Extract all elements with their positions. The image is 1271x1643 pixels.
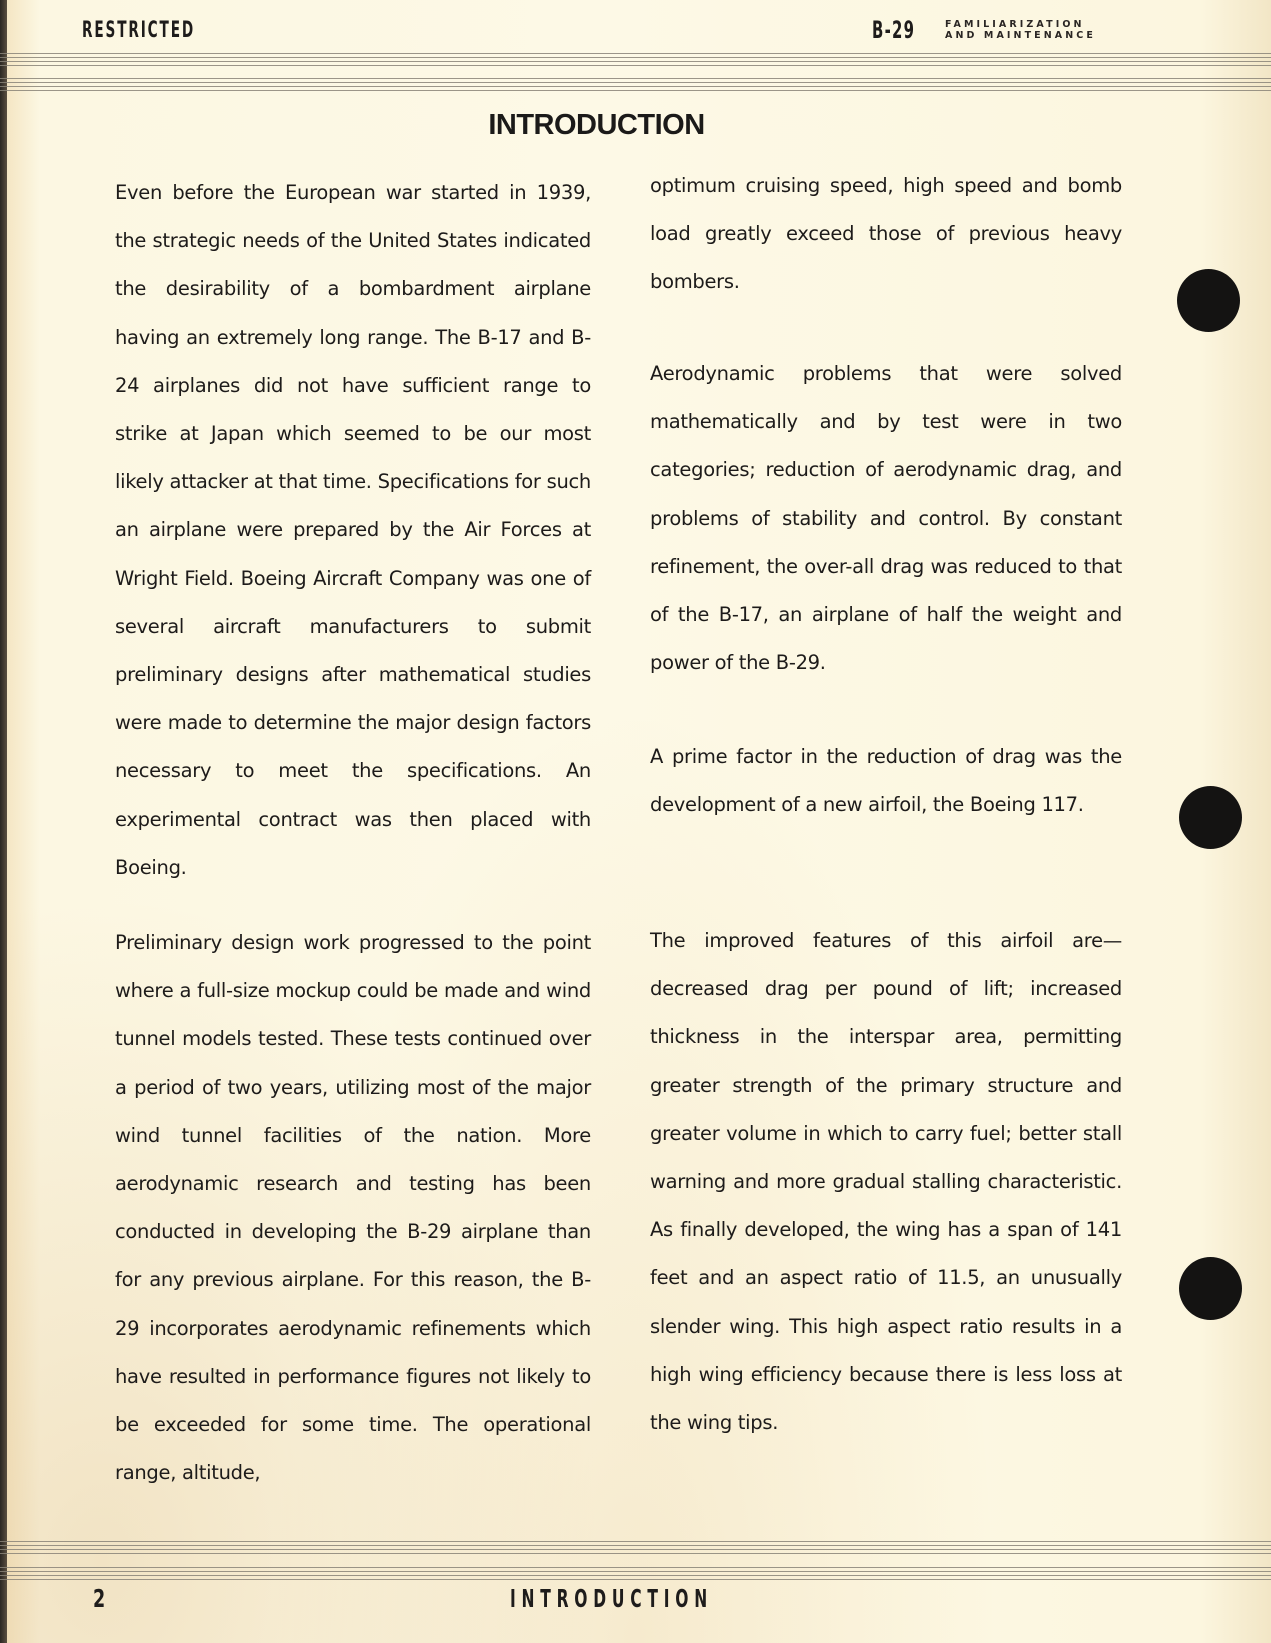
aircraft-label: B-29 xyxy=(872,16,915,44)
manual-title-line-1: FAMILIARIZATION xyxy=(945,19,1120,30)
footer-rule-top xyxy=(0,1541,1271,1557)
paragraph-right-1: optimum cruising speed, high speed and b… xyxy=(650,162,1122,307)
paragraph-right-2: Aerodynamic problems that were solved ma… xyxy=(650,350,1122,687)
punch-hole-middle xyxy=(1179,786,1242,849)
footer-section-title: INTRODUCTION xyxy=(510,1584,713,1613)
paragraph-left-1: Even before the European war started in … xyxy=(115,169,591,892)
page-edge-shadow xyxy=(0,0,7,1643)
page-title: INTRODUCTION xyxy=(0,109,1193,142)
header-rule-top xyxy=(0,53,1271,69)
paragraph-left-2: Preliminary design work progressed to th… xyxy=(115,919,591,1497)
manual-title: FAMILIARIZATION AND MAINTENANCE xyxy=(945,19,1120,41)
paragraph-right-3: A prime factor in the reduction of drag … xyxy=(650,733,1122,829)
manual-title-line-2: AND MAINTENANCE xyxy=(945,30,1120,41)
footer-rule-bottom xyxy=(0,1567,1271,1583)
punch-hole-bottom xyxy=(1179,1257,1242,1320)
classification-label: RESTRICTED xyxy=(82,18,195,43)
paragraph-right-4: The improved features of this airfoil ar… xyxy=(650,917,1122,1447)
header-rule-bottom xyxy=(0,78,1271,94)
page-number: 2 xyxy=(93,1584,105,1613)
punch-hole-top xyxy=(1177,269,1240,332)
